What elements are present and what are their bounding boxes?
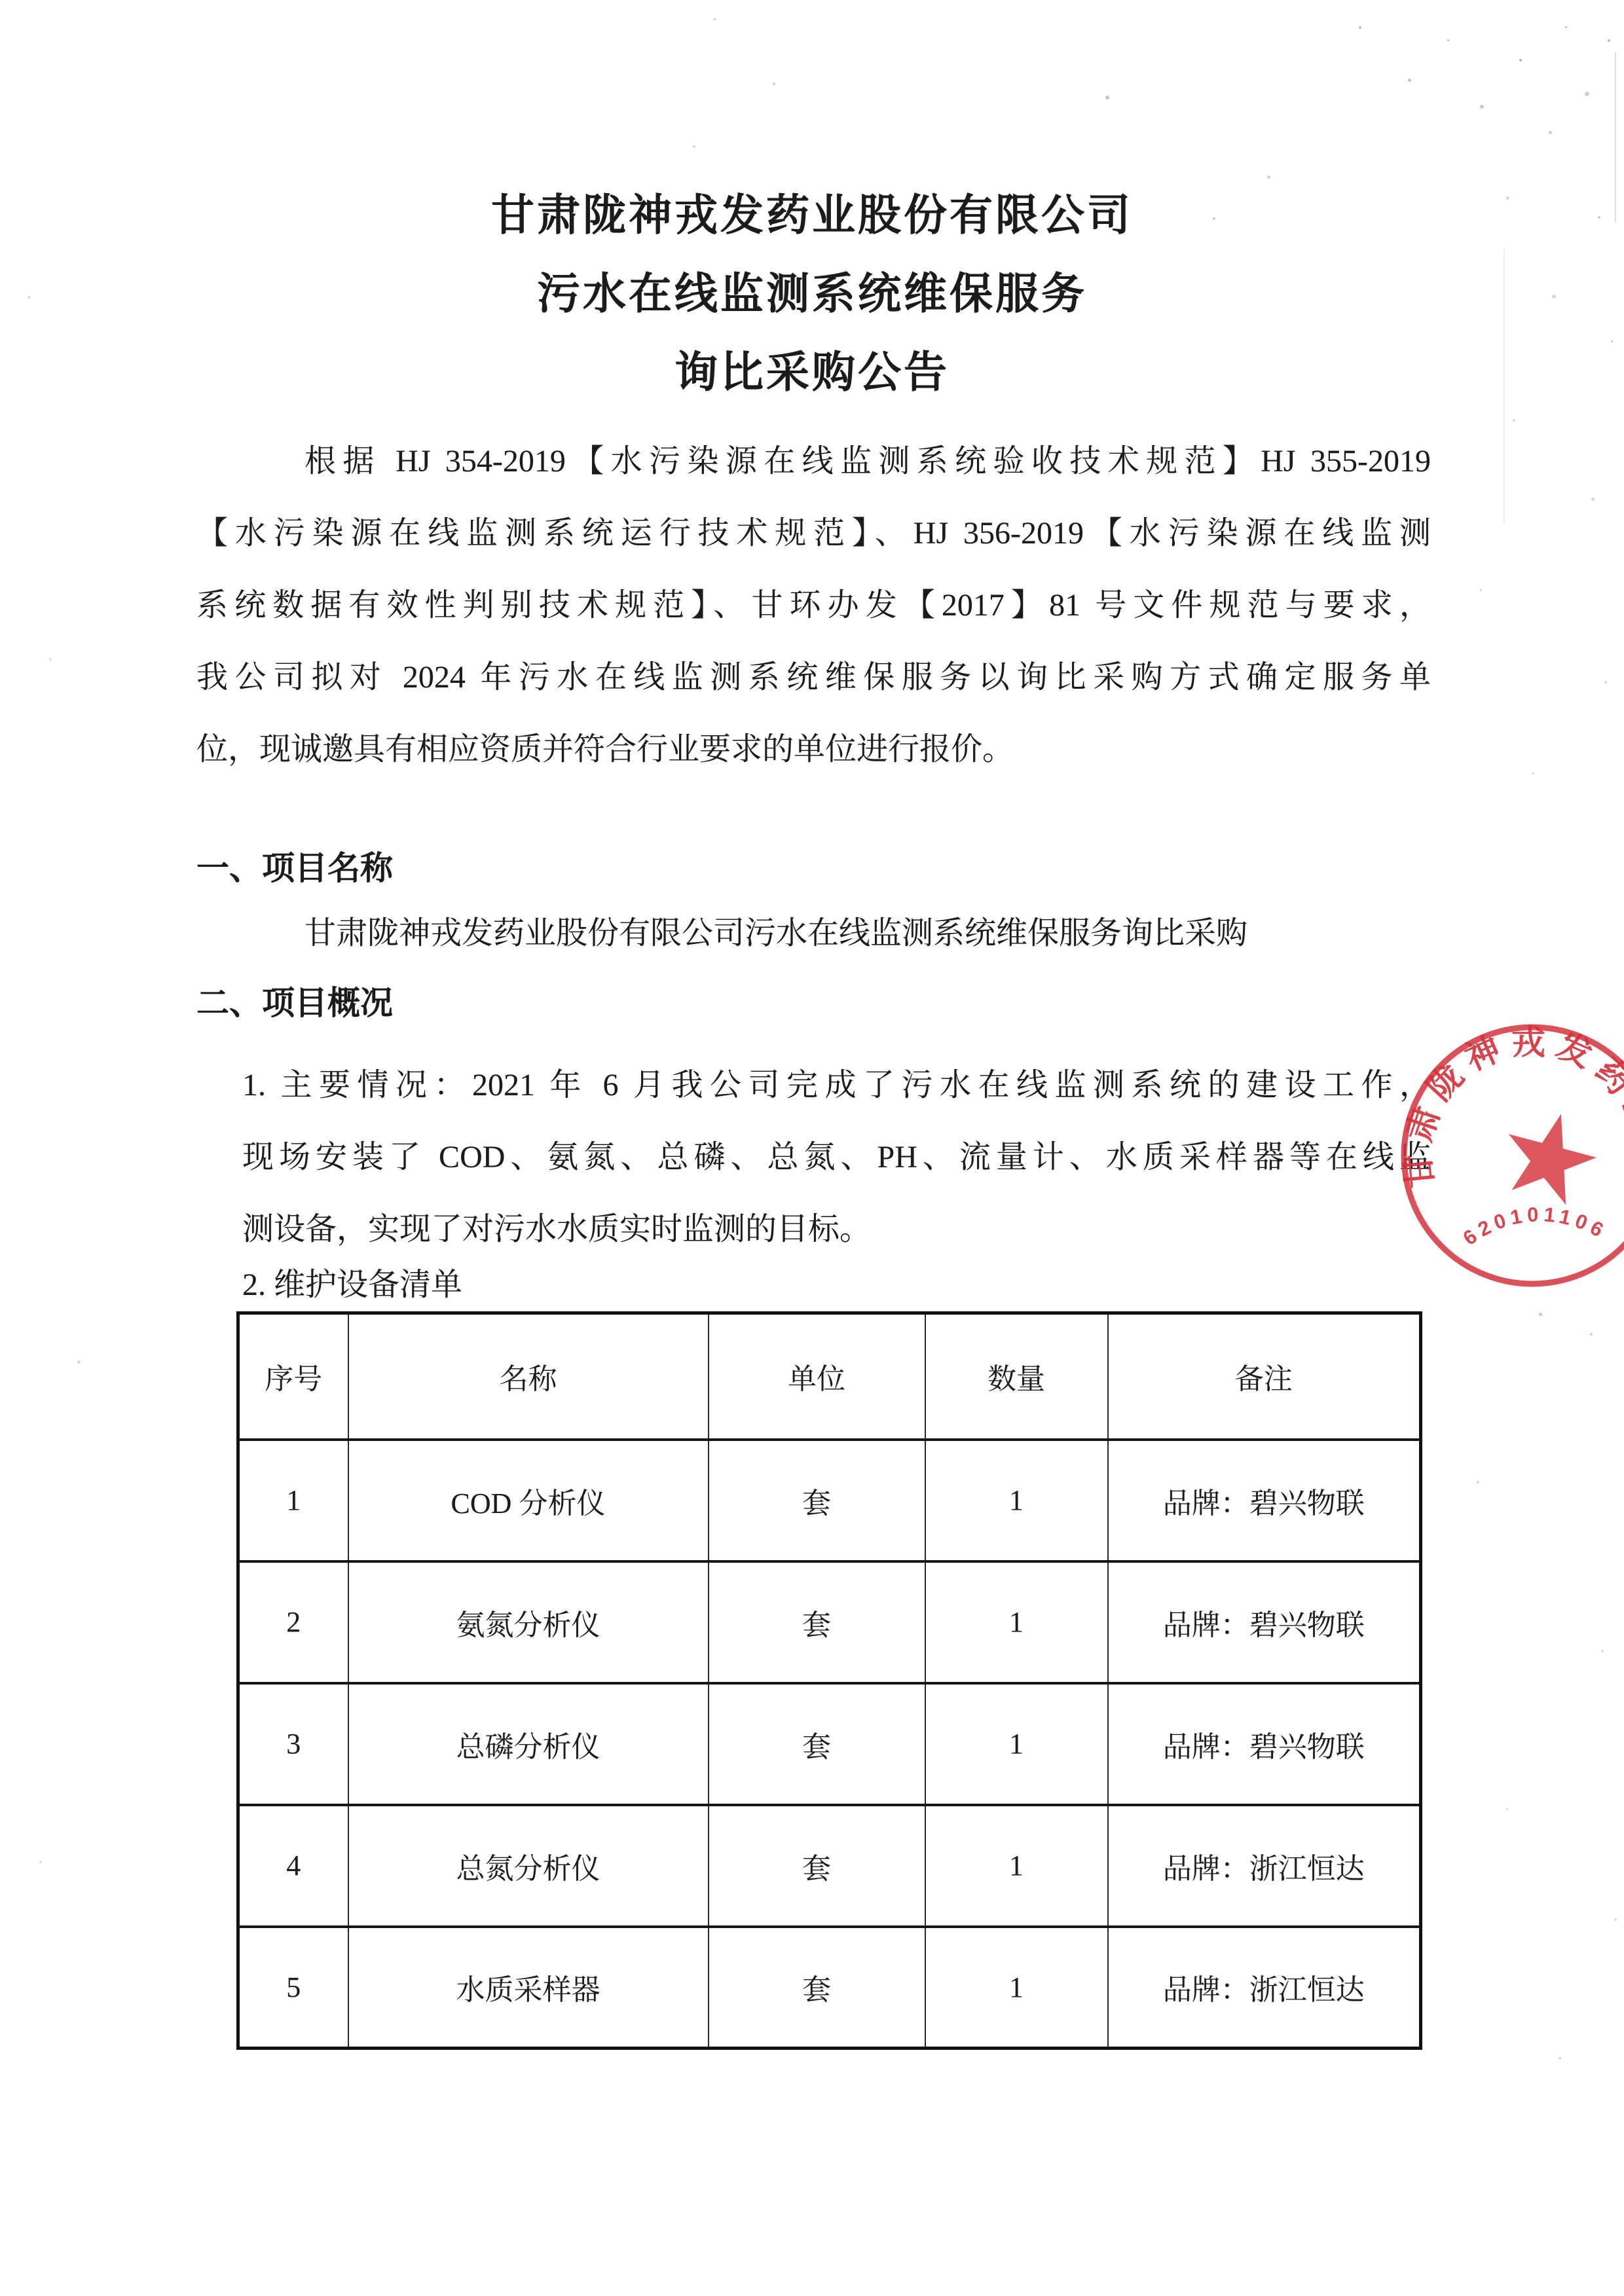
scan-noise-speck [1519,59,1522,62]
cell-unit: 套 [709,1683,925,1805]
scan-noise-speck [77,1360,81,1364]
table-row: 3 总磷分析仪 套 1 品牌：碧兴物联 [238,1683,1421,1805]
col-header-name: 名称 [348,1313,709,1440]
item-2-line: 2. 维护设备清单 [242,1264,1431,1307]
scan-noise-speck [1480,105,1484,109]
cell-unit: 套 [709,1440,925,1561]
section-2-heading: 二、项目概况 [196,980,393,1026]
scan-noise-speck [39,1861,42,1863]
scan-noise-speck [1590,1333,1593,1336]
equipment-table: 序号 名称 单位 数量 备注 1 COD 分析仪 套 1 品牌：碧兴物联 2 氨… [236,1311,1422,2050]
section-2-item-2: 2. 维护设备清单 [242,1264,1431,1307]
scan-noise-speck [1477,1481,1479,1484]
scan-noise-speck [1601,1650,1604,1652]
table-row: 1 COD 分析仪 套 1 品牌：碧兴物联 [238,1440,1421,1561]
col-header-unit: 单位 [709,1313,925,1440]
intro-line: 位，现诚邀具有相应资质并符合行业要求的单位进行报价。 [196,714,1431,786]
cell-qty: 1 [925,1927,1108,2049]
cell-name: 总磷分析仪 [348,1683,709,1805]
item-1-line: 1. 主要情况：2021 年 6 月我公司完成了污水在线监测系统的建设工作， [242,1049,1431,1121]
scan-noise-speck [714,18,716,20]
cell-unit: 套 [709,1805,925,1927]
scan-noise-speck [1105,96,1109,100]
cell-qty: 1 [925,1561,1108,1683]
item-1-line: 现场安装了 COD、氨氮、总磷、总氮、PH、流量计、水质采样器等在线监 [242,1121,1431,1194]
scan-noise-speck [1513,419,1515,422]
section-1-body-line: 甘肃陇神戎发药业股份有限公司污水在线监测系统维保服务询比采购 [196,912,1431,955]
scan-noise-speck [1359,26,1361,29]
section-1-body: 甘肃陇神戎发药业股份有限公司污水在线监测系统维保服务询比采购 [196,912,1431,955]
document-title: 甘肃陇神戎发药业股份有限公司 污水在线监测系统维保服务 询比采购公告 [0,177,1624,412]
table-row: 4 总氮分析仪 套 1 品牌：浙江恒达 [238,1805,1421,1927]
cell-qty: 1 [925,1683,1108,1805]
table-row: 2 氨氮分析仪 套 1 品牌：碧兴物联 [238,1561,1421,1683]
scan-noise-speck [1559,2057,1561,2060]
svg-text:甘肃陇神戎发药业: 甘肃陇神戎发药业 [1399,1024,1624,1190]
cell-qty: 1 [925,1805,1108,1927]
scan-noise-speck [1614,1918,1617,1921]
cell-index: 5 [238,1927,348,2049]
item-1-line: 测设备，实现了对污水水质实时监测的目标。 [242,1194,1431,1266]
scan-noise-speck [1608,39,1610,42]
cell-index: 4 [238,1805,348,1927]
scan-noise-speck [1604,681,1607,683]
scan-noise-speck [1408,79,1411,82]
cell-qty: 1 [925,1440,1108,1561]
cell-remark: 品牌：碧兴物联 [1108,1683,1421,1805]
cell-remark: 品牌：碧兴物联 [1108,1561,1421,1683]
table-header-row: 序号 名称 单位 数量 备注 [238,1313,1421,1440]
scan-noise-speck [1549,131,1552,134]
intro-line: 【水污染源在线监测系统运行技术规范】、HJ 356-2019【水污染源在线监测 [196,498,1431,570]
cell-unit: 套 [709,1927,925,2049]
scan-noise-speck [1506,1808,1508,1810]
scan-noise-speck [1539,1313,1542,1316]
title-line-1: 甘肃陇神戎发药业股份有限公司 [0,177,1624,255]
scan-noise-speck [1480,589,1482,591]
scan-noise-speck [693,145,695,148]
cell-index: 1 [238,1440,348,1561]
cell-index: 3 [238,1683,348,1805]
col-header-qty: 数量 [925,1313,1108,1440]
scan-noise-speck [1532,773,1534,774]
col-header-remark: 备注 [1108,1313,1421,1440]
intro-paragraph: 根据 HJ 354-2019【水污染源在线监测系统验收技术规范】HJ 355-2… [196,426,1431,786]
scan-noise-speck [1565,26,1567,28]
cell-name: COD 分析仪 [348,1440,709,1561]
scan-noise-speck [49,658,52,661]
section-2-item-1: 1. 主要情况：2021 年 6 月我公司完成了污水在线监测系统的建设工作， 现… [242,1049,1431,1266]
scan-noise-speck [1585,92,1589,96]
scan-noise-speck [1447,39,1449,41]
scan-noise-speck [773,82,775,85]
cell-unit: 套 [709,1561,925,1683]
scanned-document-page: 甘肃陇神戎发药业股份有限公司 污水在线监测系统维保服务 询比采购公告 根据 HJ… [0,0,1624,2296]
intro-line: 系统数据有效性判别技术规范】、甘环办发【2017】81 号文件规范与要求， [196,570,1431,642]
section-1-heading: 一、项目名称 [196,845,393,891]
title-line-3: 询比采购公告 [0,334,1624,412]
cell-name: 氨氮分析仪 [348,1561,709,1683]
cell-name: 总氮分析仪 [348,1805,709,1927]
company-seal-stamp: 甘肃陇神戎发药业 62010110691 [1382,1004,1624,1305]
cell-remark: 品牌：浙江恒达 [1108,1805,1421,1927]
cell-remark: 品牌：碧兴物联 [1108,1440,1421,1561]
cell-name: 水质采样器 [348,1927,709,2049]
title-line-2: 污水在线监测系统维保服务 [0,255,1624,334]
intro-line: 根据 HJ 354-2019【水污染源在线监测系统验收技术规范】HJ 355-2… [196,426,1431,498]
cell-remark: 品牌：浙江恒达 [1108,1927,1421,2049]
col-header-index: 序号 [238,1313,348,1440]
cell-index: 2 [238,1561,348,1683]
seal-company-arc-text: 甘肃陇神戎发药业 [1399,1024,1624,1190]
seal-star-icon [1495,1102,1605,1210]
intro-line: 我公司拟对 2024 年污水在线监测系统维保服务以询比采购方式确定服务单 [196,642,1431,714]
table-row: 5 水质采样器 套 1 品牌：浙江恒达 [238,1927,1421,2049]
scan-noise-speck [1591,498,1595,501]
